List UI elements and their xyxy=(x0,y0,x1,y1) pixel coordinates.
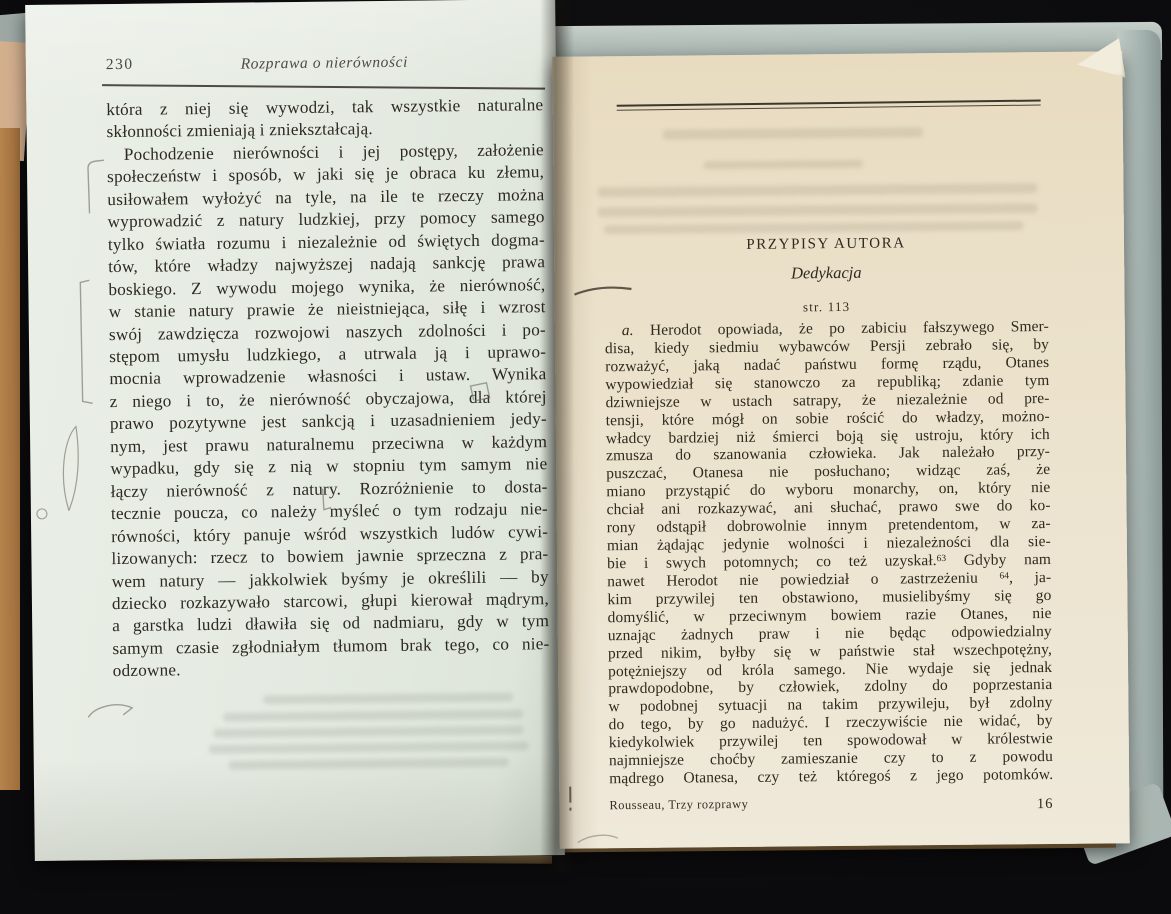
text-line: mocnia wprowadzenie własności i ustaw. W… xyxy=(109,364,546,391)
page-number: 230 xyxy=(106,56,134,74)
text-line: samym czasie zgłodniałym tłumom brak teg… xyxy=(112,633,549,660)
show-through xyxy=(597,183,1037,197)
show-through xyxy=(209,741,529,754)
text-line: stępom umysłu ludzkiego, a utrwala ją i … xyxy=(109,341,546,368)
text-line: usiłowałem wyłożyć na tyle, na ile te rz… xyxy=(107,184,544,211)
body-text: która z niej się wywodzi, tak wszystkie … xyxy=(106,94,550,683)
text-line: nym, jest prawu naturalnemu przeciwna w … xyxy=(110,431,547,458)
text-line: tylko światła rozumu i niezależnie od św… xyxy=(108,229,545,256)
text-line: a garstka ludzi dławiła się od nadmiaru,… xyxy=(112,611,549,638)
body-text: a. Herodot opowiada, że po zabiciu fałsz… xyxy=(605,318,1053,788)
text-line: łączy nierówność z natury. Rozróżnienie … xyxy=(111,476,548,503)
text-line: tów, które władzy najwyższej nadają sank… xyxy=(108,251,545,278)
text-line: równości, który panuje wśród wszystkich … xyxy=(111,521,548,548)
gutter-shadow xyxy=(540,0,574,872)
show-through xyxy=(263,693,513,705)
left-page: 230 Rozprawa o nierówności która z niej … xyxy=(25,0,565,861)
show-through xyxy=(703,160,863,170)
text-line: tecznie poucza, co należy myśleć o tym r… xyxy=(111,498,548,525)
text-line: lizowanych: rzecz to bowiem jawnie sprze… xyxy=(111,543,548,570)
text-line: która z niej się wywodzi, tak wszystkie … xyxy=(106,94,543,121)
text-line: odzowne. xyxy=(113,655,550,682)
text-line: społeczeństw i sposób, w jaki się je obr… xyxy=(107,162,544,189)
text-line: prawo pozytywne jest sankcją i uzasadnie… xyxy=(110,408,547,435)
text-line: wypadku, gdy się z nią w stopniu tym sam… xyxy=(110,453,547,480)
show-through xyxy=(663,127,923,139)
right-page: PRZYPISY AUTORA Dedykacja str. 113 a. He… xyxy=(552,51,1130,848)
text-line: w stanie natury prawie że nieistniejąca,… xyxy=(109,296,546,323)
show-through xyxy=(604,221,1024,234)
show-through xyxy=(598,203,1038,217)
text-line: wyprowadzić z natury ludzkiej, przy pomo… xyxy=(108,206,545,233)
header-rule xyxy=(102,84,545,89)
book-photo: 230 Rozprawa o nierówności która z niej … xyxy=(0,0,1171,914)
desk-strip xyxy=(0,128,20,790)
double-rule xyxy=(617,100,1041,111)
text-line: wem natury — jakkolwiek byśmy je określi… xyxy=(112,566,549,593)
text-line: Pochodzenie nierówności i jej postępy, z… xyxy=(107,139,544,166)
page-reference: str. 113 xyxy=(605,297,1049,317)
footer-sheet-number: 16 xyxy=(609,796,1053,817)
pencil-annotations xyxy=(25,0,565,861)
show-through xyxy=(229,758,509,770)
text-line: boskiego. Z wywodu mojego wynika, że nie… xyxy=(108,274,545,301)
section-heading: PRZYPISY AUTORA xyxy=(604,234,1048,255)
text-line: z niego i to, że nierówność obyczajowa, … xyxy=(110,386,547,413)
show-through xyxy=(213,725,523,738)
show-through xyxy=(223,709,523,721)
dog-ear-fold xyxy=(1076,37,1126,79)
text-line: swój zawdzięcza rozwojowi naszych zdolno… xyxy=(109,319,546,346)
text-line: skłonności zmieniają i zniekształcają. xyxy=(106,117,543,144)
text-line: dziecko rozkazywało starcowi, głupi kier… xyxy=(112,588,549,615)
text-line: mądrego Otanesa, czy też któregoś z jego… xyxy=(609,766,1053,788)
running-head: Rozprawa o nierówności xyxy=(106,52,543,75)
section-subheading: Dedykacja xyxy=(604,261,1048,285)
